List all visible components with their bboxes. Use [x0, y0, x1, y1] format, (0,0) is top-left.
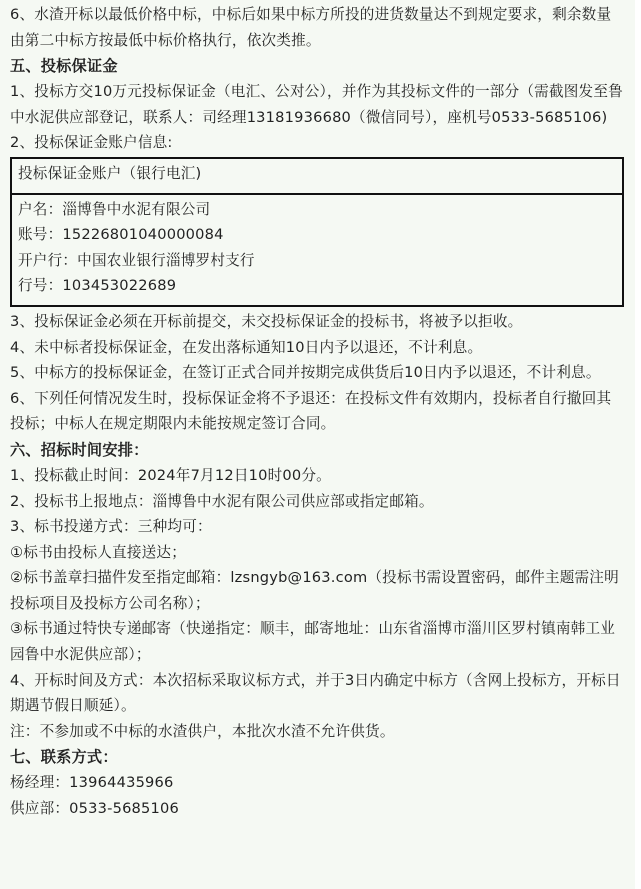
section5-item6: 6、下列任何情况发生时，投标保证金将不予退还：在投标文件有效期内，投标者自行撤回…: [10, 386, 625, 437]
delivery-method-1: ①标书由投标人直接送达；: [10, 540, 625, 566]
delivery-method-3: ③标书通过特快专递邮寄（快递指定：顺丰，邮寄地址：山东省淄博市淄川区罗村镇南韩工…: [10, 616, 625, 667]
section5-item4: 4、未中标者投标保证金，在发出落标通知10日内予以退还，不计利息。: [10, 335, 625, 361]
account-bank-code-row: 行号：103453022689: [18, 273, 616, 299]
document-content: 6、水渣开标以最低价格中标，中标后如果中标方所投的进货数量达不到规定要求，剩余数…: [0, 0, 635, 822]
account-number-row: 账号：15226801040000084: [18, 222, 616, 248]
section7-heading: 七、联系方式：: [10, 744, 625, 770]
section5-heading: 五、投标保证金: [10, 53, 625, 79]
document-page: 6、水渣开标以最低价格中标，中标后如果中标方所投的进货数量达不到规定要求，剩余数…: [0, 0, 635, 889]
section6-item3: 3、标书投递方式：三种均可：: [10, 514, 625, 540]
section6-item2: 2、投标书上报地点：淄博鲁中水泥有限公司供应部或指定邮箱。: [10, 489, 625, 515]
section6-item4: 4、开标时间及方式：本次招标采取议标方式，并于3日内确定中标方（含网上投标方，开…: [10, 668, 625, 719]
account-bank-row: 开户行：中国农业银行淄博罗村支行: [18, 248, 616, 274]
section6-heading: 六、招标时间安排：: [10, 437, 625, 463]
account-box-body: 户名：淄博鲁中水泥有限公司 账号：15226801040000084 开户行：中…: [12, 195, 622, 305]
contact-manager: 杨经理：13964435966: [10, 770, 625, 796]
section6-item1: 1、投标截止时间：2024年7月12日10时00分。: [10, 463, 625, 489]
section5-item1: 1、投标方交10万元投标保证金（电汇、公对公），并作为其投标文件的一部分（需截图…: [10, 79, 625, 130]
section6-note: 注：不参加或不中标的水渣供户，本批次水渣不允许供货。: [10, 719, 625, 745]
account-name-row: 户名：淄博鲁中水泥有限公司: [18, 197, 616, 223]
contact-supply-dept: 供应部：0533-5685106: [10, 796, 625, 822]
account-box-title: 投标保证金账户（银行电汇): [12, 159, 622, 195]
section5-item3: 3、投标保证金必须在开标前提交，未交投标保证金的投标书，将被予以拒收。: [10, 309, 625, 335]
section5-item2: 2、投标保证金账户信息:: [10, 130, 625, 156]
delivery-method-2: ②标书盖章扫描件发至指定邮箱：lzsngyb@163.com（投标书需设置密码，…: [10, 565, 625, 616]
section4-item6: 6、水渣开标以最低价格中标，中标后如果中标方所投的进货数量达不到规定要求，剩余数…: [10, 2, 625, 53]
section5-item5: 5、中标方的投标保证金，在签订正式合同并按期完成供货后10日内予以退还，不计利息…: [10, 360, 625, 386]
account-info-box: 投标保证金账户（银行电汇) 户名：淄博鲁中水泥有限公司 账号：152268010…: [10, 157, 624, 307]
